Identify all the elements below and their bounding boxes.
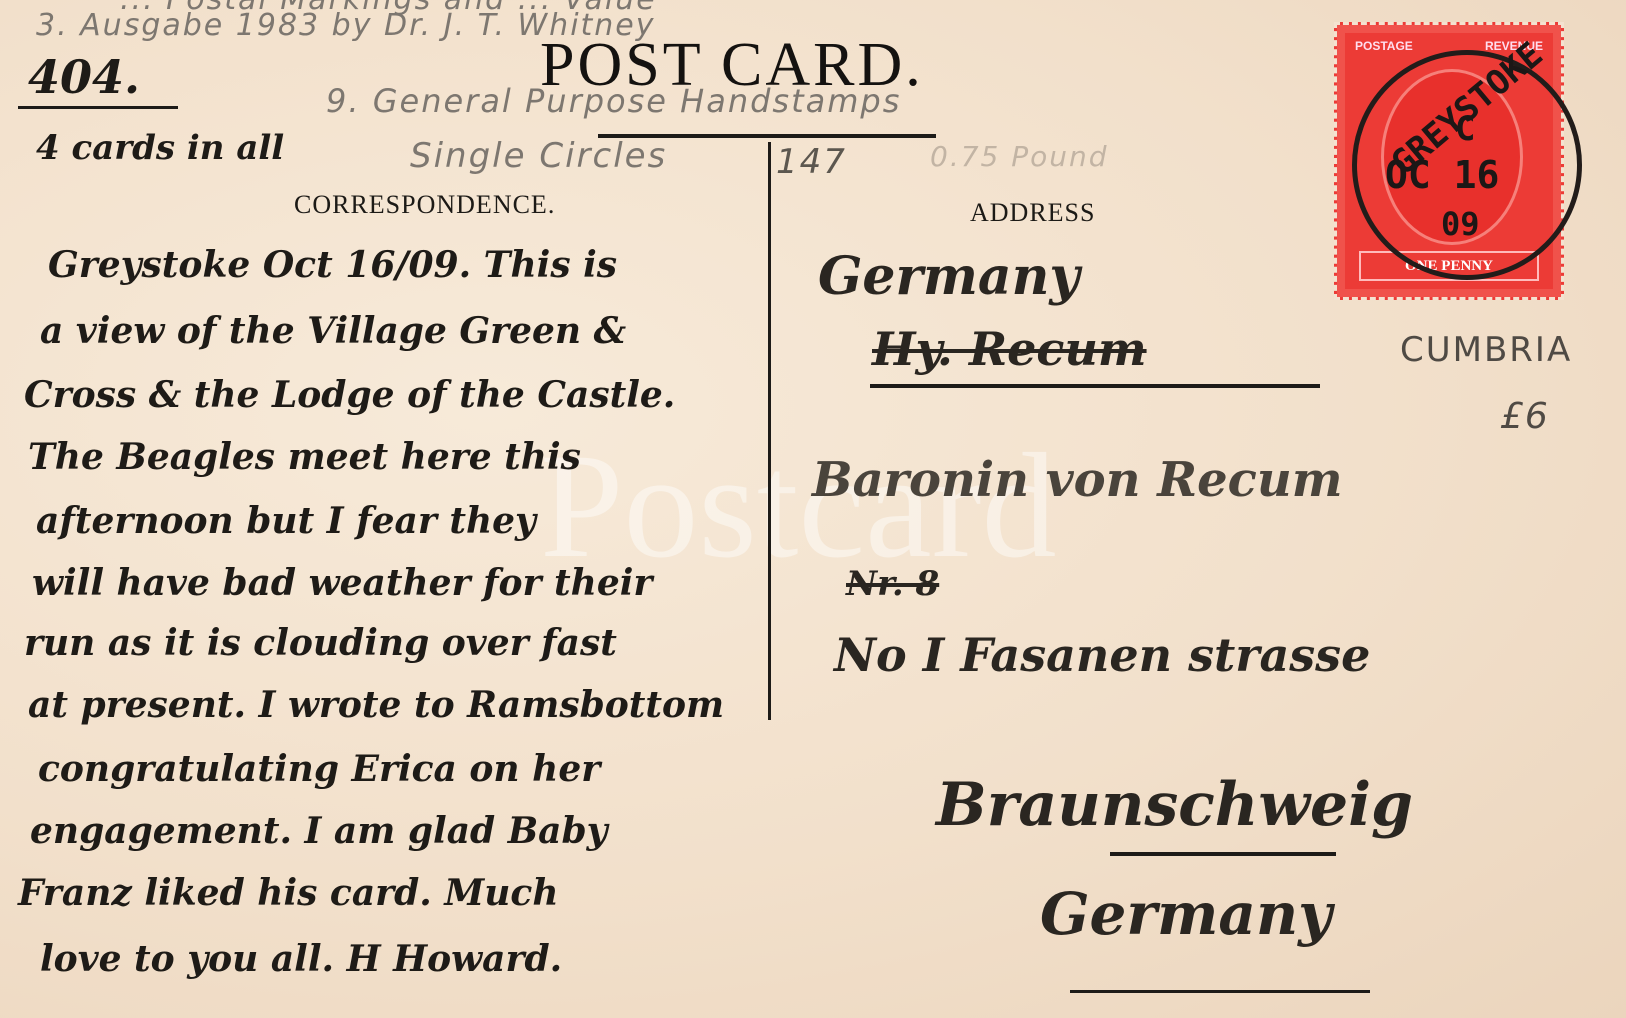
message-line: congratulating Erica on her [38,748,600,790]
cards-count-note: 4 cards in all [36,128,284,168]
address-line-name: Baronin von Recum [812,452,1343,508]
address-line-country-2: Germany [1040,880,1332,948]
message-line: a view of the Village Green & [40,310,626,352]
pencil-note-general-purpose: 9. General Purpose Handstamps [326,82,901,120]
postmark-year: 09 [1441,205,1480,243]
address-label: ADDRESS [970,198,1095,228]
message-line: afternoon but I fear they [36,500,536,542]
message-line: love to you all. H Howard. [40,938,562,980]
address-line-country: Germany [818,246,1080,307]
message-line: Franz liked his card. Much [18,872,559,914]
message-line: Greystoke Oct 16/09. This is [48,244,617,286]
pencil-region: CUMBRIA [1400,330,1572,370]
message-line: The Beagles meet here this [28,436,581,478]
vertical-divider [768,142,771,720]
pencil-price: £6 [1500,396,1550,437]
catalog-underline [18,106,178,109]
postcard-back: Postcard ... Postal Markings and ... Val… [0,0,1626,1018]
postmark-circle: GREYSTOKE C OC 16 09 [1352,50,1582,280]
postmark-date: OC 16 [1385,153,1499,197]
city-underline [1110,852,1336,856]
pencil-ref-number: 147 [776,142,847,182]
strike-underline [870,384,1320,388]
pencil-note-single-circles: Single Circles [410,136,667,176]
message-line: Cross & the Lodge of the Castle. [24,374,675,416]
address-line-struck-name: Hy. Recum [872,322,1147,376]
catalog-number: 404. [28,50,140,104]
country-underline [1070,990,1370,993]
address-line-struck-number: Nr. 8 [846,564,939,604]
pencil-value-note: 0.75 Pound [930,140,1109,173]
message-line: will have bad weather for their [32,562,652,604]
message-line: engagement. I am glad Baby [30,810,608,852]
address-line-street: No I Fasanen strasse [834,628,1370,682]
correspondence-label: CORRESPONDENCE. [294,190,555,220]
message-line: at present. I wrote to Ramsbottom [28,684,724,726]
stamp-postage-label: POSTAGE [1355,39,1413,53]
postmark-code: C [1455,109,1475,149]
message-line: run as it is clouding over fast [24,622,617,664]
address-line-city: Braunschweig [936,770,1413,840]
